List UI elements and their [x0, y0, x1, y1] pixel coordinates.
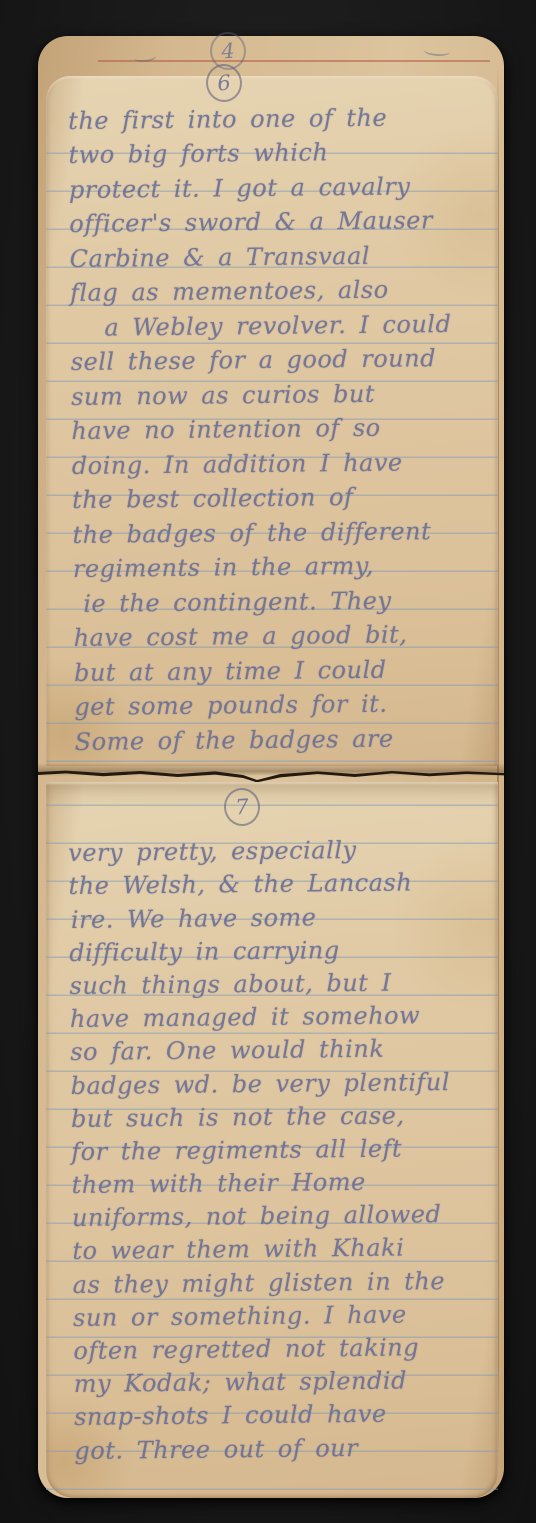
handwritten-line: but at any time I could — [74, 648, 500, 687]
handwritten-line: get some pounds for it. — [74, 682, 500, 721]
handwritten-line: such things about, but I — [69, 962, 495, 1000]
handwritten-line: two big forts which — [68, 130, 494, 169]
handwritten-line: ie the contingent. They — [73, 579, 499, 618]
handwritten-line: the first into one of the — [68, 96, 494, 135]
red-margin-line — [98, 60, 490, 62]
handwritten-line: have managed it somehow — [70, 995, 496, 1033]
handwritten-line: protect it. I got a cavalry — [69, 165, 495, 204]
handwritten-line: regiments in the army, — [73, 544, 499, 583]
handwritten-line: have no intention of so — [71, 406, 497, 445]
handwritten-line: have cost me a good bit, — [73, 613, 499, 652]
handwritten-line: but such is not the case, — [71, 1095, 497, 1133]
handwritten-line: sum now as curios but — [71, 372, 497, 411]
handwritten-line: so far. One would think — [70, 1029, 496, 1067]
handwritten-line: for the regiments all left — [71, 1128, 497, 1166]
handwriting-page-7: very pretty, especiallythe Welsh, & the … — [68, 830, 501, 1465]
handwritten-line: flag as mementoes, also — [70, 268, 496, 307]
handwritten-line: them with their Home — [71, 1161, 497, 1199]
tear-shadow — [38, 763, 504, 783]
handwritten-line: officer's sword & a Mauser — [69, 199, 495, 238]
handwritten-line: badges wd. be very plentiful — [70, 1062, 496, 1100]
diary-page-7: 7 very pretty, especiallythe Welsh, & th… — [46, 782, 498, 1498]
handwritten-line: to wear them with Khaki — [72, 1228, 498, 1266]
handwritten-line: often regretted not taking — [73, 1327, 499, 1365]
handwritten-line: ire. We have some — [69, 896, 495, 934]
stray-pencil-mark — [424, 45, 451, 57]
photo-background: 4 6 the first into one of thetwo big for… — [0, 0, 536, 1523]
page-fold-tear — [38, 763, 504, 783]
handwritten-line: snap-shots I could have — [74, 1394, 500, 1432]
handwritten-line: my Kodak; what splendid — [74, 1361, 500, 1399]
handwritten-line: the best collection of — [72, 475, 498, 514]
handwritten-line: very pretty, especially — [68, 830, 494, 868]
diary-page-6: 6 the first into one of thetwo big forts… — [46, 76, 498, 766]
handwritten-line: got. Three out of our — [74, 1427, 500, 1465]
handwritten-line: uniforms, not being allowed — [72, 1195, 498, 1233]
handwritten-line: difficulty in carrying — [69, 929, 495, 967]
handwritten-line: doing. In addition I have — [72, 441, 498, 480]
handwritten-line: sun or something. I have — [73, 1294, 499, 1332]
handwritten-line: the badges of the different — [72, 510, 498, 549]
handwritten-line: as they might glisten in the — [73, 1261, 499, 1299]
handwritten-line: a Webley revolver. I could — [70, 303, 496, 342]
handwriting-page-6: the first into one of thetwo big forts w… — [68, 96, 501, 756]
handwritten-line: the Welsh, & the Lancash — [68, 863, 494, 901]
page-number-badge-7: 7 — [223, 787, 262, 827]
handwritten-line: Carbine & a Transvaal — [69, 234, 495, 273]
handwritten-line: sell these for a good round — [71, 337, 497, 376]
notebook: 4 6 the first into one of thetwo big for… — [38, 36, 504, 1498]
handwritten-line: Some of the badges are — [75, 717, 501, 756]
